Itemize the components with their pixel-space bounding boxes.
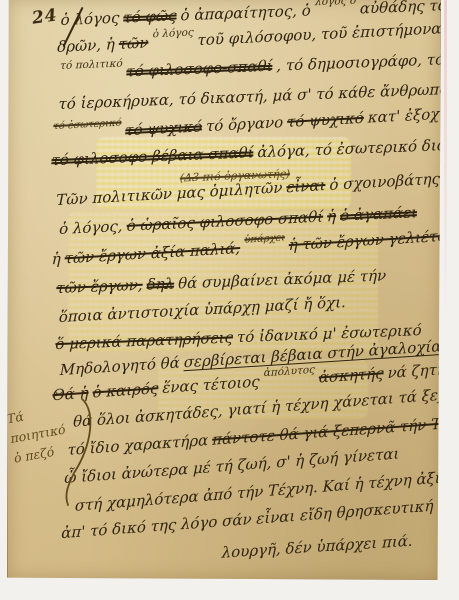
handwritten-text: ὁ λόγος <box>153 27 194 40</box>
struck-text: ὁ καιρός <box>92 381 158 400</box>
page-number: 24 <box>31 5 59 28</box>
handwritten-text: λόγος ὁ <box>315 0 356 8</box>
struck-text: δηλ <box>146 277 174 293</box>
struck-text: τό ἐσωτερικό <box>53 119 122 133</box>
handwritten-text: τό πολιτικό <box>60 59 123 72</box>
handwritten-text: δρῶν, ἡ <box>57 37 115 55</box>
handwritten-text: ἡ <box>51 252 60 268</box>
handwritten-text: θά συμβαίνει ἀκόμα μέ τήν <box>178 268 386 291</box>
margin-flourish-curve <box>56 397 96 507</box>
struck-text: ὑπάρχει <box>244 233 285 245</box>
struck-text: τό ψυχικό <box>125 119 202 138</box>
handwritten-text: ἕνας τέτοιος <box>162 374 260 396</box>
struck-text: τό ψυχικό <box>287 111 364 130</box>
struck-text: ἡ <box>327 209 337 224</box>
handwritten-text: ὁ σχοινοβάτης, <box>329 171 444 192</box>
scanner-edge-artifact <box>444 0 447 320</box>
handwritten-text: Τῶν πολιτικῶν μας ὁμιλητῶν <box>56 180 282 208</box>
struck-text: τό φῶς <box>123 8 177 25</box>
handwritten-text: νά ζητήσαμε <box>387 360 459 381</box>
handwritten-text: τό ὄργανο <box>206 115 284 134</box>
struck-text: ἀσκητής <box>319 366 384 385</box>
handwritten-text: ὁ λόγος <box>60 11 119 28</box>
struck-text: ὁ ἀγαπάει <box>340 205 417 224</box>
struck-text: τό φιλοσοφο-σπαθί <box>126 59 272 80</box>
struck-text: ὅ μερικά παρατηρήσεις <box>55 330 233 352</box>
struck-text: τῶν ἔργων, <box>56 278 143 296</box>
handwritten-text: λουργῆ, δέν ὑπάρχει πιά. <box>222 534 413 561</box>
handwritten-text: ὁ λόγος, <box>59 219 123 237</box>
handwritten-text: ἀπόλυτος <box>264 365 315 379</box>
manuscript-text-block: ὁ λόγοςτό φῶςὁ ἀπαραίτητος, ὁλόγος ὁαὐθά… <box>58 5 448 571</box>
scanned-photo-backdrop: 24 ὁ λόγοςτό φῶςὁ ἀπαραίτητος, ὁλόγος ὁα… <box>0 0 459 600</box>
struck-text: τῶν <box>119 36 149 52</box>
struck-text: εἶναι <box>286 178 325 195</box>
manuscript-line: λουργῆ, δέν ὑπάρχει πιά. <box>221 531 447 567</box>
manuscript-paper: 24 ὁ λόγοςτό φῶςὁ ἀπαραίτητος, ὁλόγος ὁα… <box>7 0 441 580</box>
handwritten-text: ὁ ἀπαραίτητος, ὁ <box>180 3 311 23</box>
handwritten-text: Μηδολογητό θά <box>60 355 180 378</box>
